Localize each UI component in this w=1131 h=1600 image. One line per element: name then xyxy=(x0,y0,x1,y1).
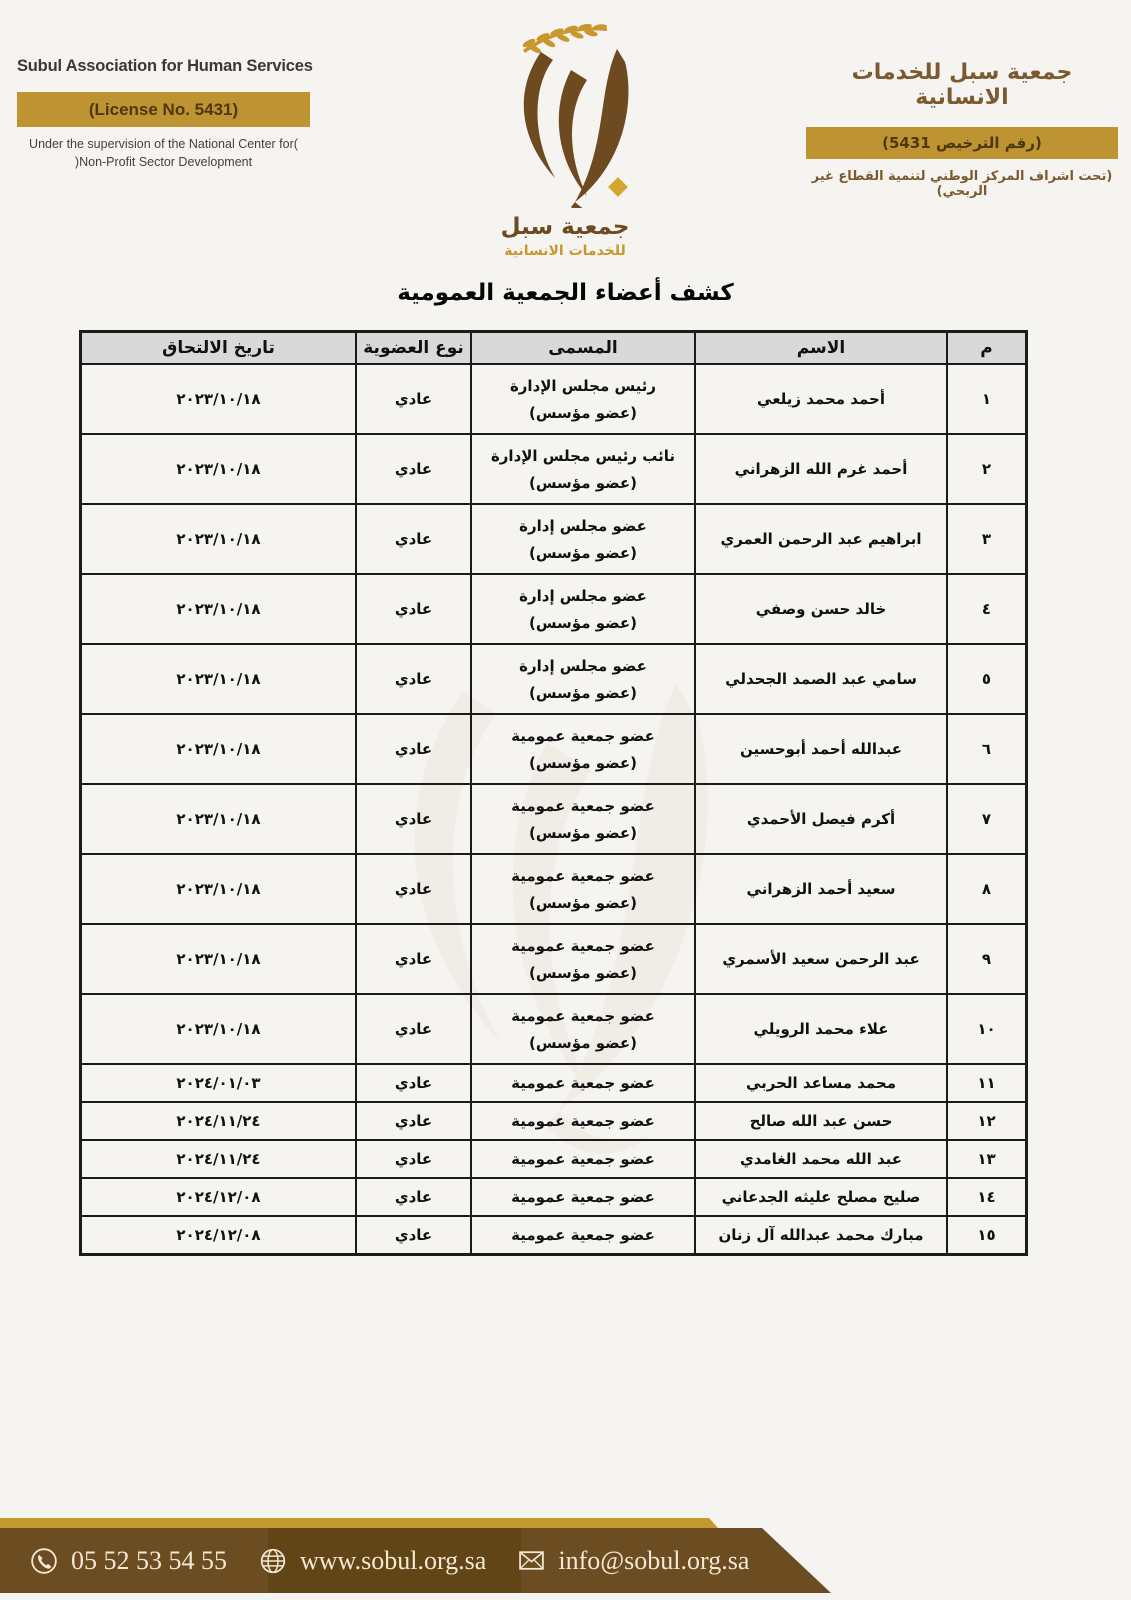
member-role-lines: عضو جمعية عمومية xyxy=(476,1188,690,1206)
member-join-date-value: ٢٠٢٣/١٠/١٨ xyxy=(176,390,260,408)
table-row: ٦عبدالله أحمد أبوحسينعضو جمعية عمومية(عض… xyxy=(81,714,1026,784)
phone-icon xyxy=(30,1547,58,1575)
member-role-line2: (عضو مؤسس) xyxy=(476,1034,690,1052)
member-name: حسن عبد الله صالح xyxy=(695,1102,947,1140)
member-index: ١٥ xyxy=(947,1216,1026,1254)
page-title: كشف أعضاء الجمعية العمومية xyxy=(0,280,1131,306)
member-join-date: ٢٠٢٤/١١/٢٤ xyxy=(81,1140,356,1178)
table-row: ١٤صليح مصلح عليثه الجدعانيعضو جمعية عموم… xyxy=(81,1178,1026,1216)
member-membership-type: عادي xyxy=(356,574,471,644)
header-arabic-block: جمعية سبل للخدمات الانسانية (رقم الترخيص… xyxy=(806,60,1118,199)
member-role-lines: عضو مجلس إدارة(عضو مؤسس) xyxy=(476,657,690,702)
table-row: ٥سامي عبد الصمد الجحدليعضو مجلس إدارة(عض… xyxy=(81,644,1026,714)
supervision-text-english: Under the supervision of the National Ce… xyxy=(17,136,310,171)
column-header-index: م xyxy=(947,332,1026,364)
member-role-lines: نائب رئيس مجلس الإدارة(عضو مؤسس) xyxy=(476,447,690,492)
column-header-membership-type: نوع العضوية xyxy=(356,332,471,364)
member-join-date: ٢٠٢٣/١٠/١٨ xyxy=(81,434,356,504)
member-role-line1: عضو جمعية عمومية xyxy=(476,1007,690,1025)
member-membership-type: عادي xyxy=(356,1216,471,1254)
table-row: ١٢حسن عبد الله صالحعضو جمعية عموميةعادي٢… xyxy=(81,1102,1026,1140)
member-role-line1: عضو مجلس إدارة xyxy=(476,657,690,675)
member-index: ٤ xyxy=(947,574,1026,644)
members-table-body: ١أحمد محمد زيلعيرئيس مجلس الإدارة(عضو مؤ… xyxy=(81,364,1026,1254)
supervision-line-2: )Non-Profit Sector Development xyxy=(17,154,310,172)
member-role-line1: عضو مجلس إدارة xyxy=(476,587,690,605)
member-join-date-value: ٢٠٢٤/٠١/٠٣ xyxy=(176,1074,260,1092)
member-name: عبد الله محمد الغامدي xyxy=(695,1140,947,1178)
member-join-date: ٢٠٢٣/١٠/١٨ xyxy=(81,714,356,784)
member-name: عبدالله أحمد أبوحسين xyxy=(695,714,947,784)
member-role: عضو جمعية عمومية(عضو مؤسس) xyxy=(471,714,695,784)
email-icon xyxy=(518,1547,545,1574)
wheat-icon xyxy=(522,23,608,55)
member-role-line2: (عضو مؤسس) xyxy=(476,754,690,772)
member-role: رئيس مجلس الإدارة(عضو مؤسس) xyxy=(471,364,695,434)
member-membership-type: عادي xyxy=(356,644,471,714)
member-index: ١٣ xyxy=(947,1140,1026,1178)
member-join-date: ٢٠٢٣/١٠/١٨ xyxy=(81,854,356,924)
member-role-line2: (عضو مؤسس) xyxy=(476,824,690,842)
member-role-lines: عضو جمعية عمومية(عضو مؤسس) xyxy=(476,867,690,912)
member-role-line2: (عضو مؤسس) xyxy=(476,544,690,562)
license-badge-arabic: (رقم الترخيص 5431) xyxy=(806,127,1118,159)
association-name-arabic: جمعية سبل للخدمات الانسانية xyxy=(806,60,1118,110)
logo-wordmark-line1: جمعية سبل xyxy=(465,214,665,240)
header-english-block: Subul Association for Human Services (Li… xyxy=(17,57,310,171)
member-role: عضو جمعية عمومية xyxy=(471,1102,695,1140)
member-role-line1: عضو جمعية عمومية xyxy=(476,1150,690,1168)
member-role-lines: عضو مجلس إدارة(عضو مؤسس) xyxy=(476,587,690,632)
member-join-date-value: ٢٠٢٣/١٠/١٨ xyxy=(176,530,260,548)
member-index: ٥ xyxy=(947,644,1026,714)
supervision-text-arabic: (تحت اشراف المركز الوطني لتنمية القطاع غ… xyxy=(806,169,1118,199)
member-index: ٨ xyxy=(947,854,1026,924)
member-join-date-value: ٢٠٢٣/١٠/١٨ xyxy=(176,460,260,478)
member-membership-type: عادي xyxy=(356,784,471,854)
member-role-lines: عضو جمعية عمومية xyxy=(476,1150,690,1168)
member-name: أكرم فيصل الأحمدي xyxy=(695,784,947,854)
member-role-lines: رئيس مجلس الإدارة(عضو مؤسس) xyxy=(476,377,690,422)
table-row: ١٥مبارك محمد عبدالله آل زنانعضو جمعية عم… xyxy=(81,1216,1026,1254)
member-role-lines: عضو مجلس إدارة(عضو مؤسس) xyxy=(476,517,690,562)
member-role-lines: عضو جمعية عمومية xyxy=(476,1074,690,1092)
member-role-line1: عضو جمعية عمومية xyxy=(476,797,690,815)
member-join-date-value: ٢٠٢٣/١٠/١٨ xyxy=(176,950,260,968)
member-index: ٢ xyxy=(947,434,1026,504)
member-join-date: ٢٠٢٣/١٠/١٨ xyxy=(81,644,356,714)
member-index: ١١ xyxy=(947,1064,1026,1102)
member-role-line2: (عضو مؤسس) xyxy=(476,894,690,912)
member-join-date-value: ٢٠٢٣/١٠/١٨ xyxy=(176,600,260,618)
members-table: م الاسم المسمى نوع العضوية تاريخ الالتحا… xyxy=(79,330,1028,1256)
member-join-date: ٢٠٢٤/١٢/٠٨ xyxy=(81,1216,356,1254)
member-name: صليح مصلح عليثه الجدعاني xyxy=(695,1178,947,1216)
member-membership-type: عادي xyxy=(356,1140,471,1178)
member-role-line1: عضو جمعية عمومية xyxy=(476,727,690,745)
table-row: ٢أحمد غرم الله الزهرانينائب رئيس مجلس ال… xyxy=(81,434,1026,504)
member-join-date-value: ٢٠٢٤/١١/٢٤ xyxy=(176,1112,260,1130)
member-membership-type: عادي xyxy=(356,714,471,784)
member-role: عضو مجلس إدارة(عضو مؤسس) xyxy=(471,504,695,574)
member-membership-type: عادي xyxy=(356,854,471,924)
member-role: عضو جمعية عمومية(عضو مؤسس) xyxy=(471,784,695,854)
member-role-lines: عضو جمعية عمومية xyxy=(476,1112,690,1130)
document-page: Subul Association for Human Services (Li… xyxy=(0,0,1131,1600)
table-row: ١٣عبد الله محمد الغامديعضو جمعية عموميةع… xyxy=(81,1140,1026,1178)
column-header-join-date: تاريخ الالتحاق xyxy=(81,332,356,364)
logo-mark-icon xyxy=(465,16,665,208)
member-role-line1: رئيس مجلس الإدارة xyxy=(476,377,690,395)
member-role-line1: عضو جمعية عمومية xyxy=(476,867,690,885)
logo-diamond xyxy=(608,177,628,197)
member-role: عضو جمعية عمومية xyxy=(471,1216,695,1254)
member-join-date: ٢٠٢٣/١٠/١٨ xyxy=(81,364,356,434)
member-role: عضو جمعية عمومية(عضو مؤسس) xyxy=(471,854,695,924)
table-row: ١١محمد مساعد الحربيعضو جمعية عموميةعادي٢… xyxy=(81,1064,1026,1102)
member-membership-type: عادي xyxy=(356,1102,471,1140)
member-join-date: ٢٠٢٤/١٢/٠٨ xyxy=(81,1178,356,1216)
member-index: ٣ xyxy=(947,504,1026,574)
member-index: ١٢ xyxy=(947,1102,1026,1140)
member-join-date: ٢٠٢٣/١٠/١٨ xyxy=(81,574,356,644)
table-row: ١أحمد محمد زيلعيرئيس مجلس الإدارة(عضو مؤ… xyxy=(81,364,1026,434)
table-header-row: م الاسم المسمى نوع العضوية تاريخ الالتحا… xyxy=(81,332,1026,364)
member-join-date-value: ٢٠٢٤/١١/٢٤ xyxy=(176,1150,260,1168)
member-join-date: ٢٠٢٣/١٠/١٨ xyxy=(81,924,356,994)
member-membership-type: عادي xyxy=(356,504,471,574)
member-role-line2: (عضو مؤسس) xyxy=(476,614,690,632)
member-join-date: ٢٠٢٣/١٠/١٨ xyxy=(81,784,356,854)
member-role-line1: عضو جمعية عمومية xyxy=(476,1188,690,1206)
association-name-english: Subul Association for Human Services xyxy=(17,57,310,76)
member-name: أحمد غرم الله الزهراني xyxy=(695,434,947,504)
table-row: ١٠علاء محمد الرويليعضو جمعية عمومية(عضو … xyxy=(81,994,1026,1064)
member-index: ٧ xyxy=(947,784,1026,854)
member-name: سامي عبد الصمد الجحدلي xyxy=(695,644,947,714)
member-role-line2: (عضو مؤسس) xyxy=(476,404,690,422)
member-role-line1: عضو جمعية عمومية xyxy=(476,937,690,955)
logo-wordmark-line2: للخدمات الانسانية xyxy=(465,243,665,259)
member-role: عضو جمعية عمومية xyxy=(471,1178,695,1216)
association-logo: جمعية سبل للخدمات الانسانية xyxy=(465,16,665,259)
member-join-date-value: ٢٠٢٣/١٠/١٨ xyxy=(176,740,260,758)
member-name: محمد مساعد الحربي xyxy=(695,1064,947,1102)
member-membership-type: عادي xyxy=(356,994,471,1064)
member-membership-type: عادي xyxy=(356,924,471,994)
footer-website: www.sobul.org.sa xyxy=(300,1546,486,1576)
member-membership-type: عادي xyxy=(356,364,471,434)
table-row: ٣ابراهيم عبد الرحمن العمريعضو مجلس إدارة… xyxy=(81,504,1026,574)
member-join-date-value: ٢٠٢٤/١٢/٠٨ xyxy=(176,1226,260,1244)
member-role-line2: (عضو مؤسس) xyxy=(476,474,690,492)
member-membership-type: عادي xyxy=(356,1064,471,1102)
member-role-line2: (عضو مؤسس) xyxy=(476,964,690,982)
footer-phone: 05 52 53 54 55 xyxy=(71,1546,227,1576)
footer-contact-bar: 05 52 53 54 55 www.sobul.org.sa info@sob… xyxy=(0,1528,831,1593)
member-name: عبد الرحمن سعيد الأسمري xyxy=(695,924,947,994)
member-name: سعيد أحمد الزهراني xyxy=(695,854,947,924)
member-role-line1: عضو مجلس إدارة xyxy=(476,517,690,535)
column-header-name: الاسم xyxy=(695,332,947,364)
member-join-date-value: ٢٠٢٤/١٢/٠٨ xyxy=(176,1188,260,1206)
member-role-lines: عضو جمعية عمومية(عضو مؤسس) xyxy=(476,727,690,772)
member-index: ٩ xyxy=(947,924,1026,994)
member-membership-type: عادي xyxy=(356,1178,471,1216)
table-row: ٤خالد حسن وصفيعضو مجلس إدارة(عضو مؤسس)عا… xyxy=(81,574,1026,644)
member-join-date: ٢٠٢٤/٠١/٠٣ xyxy=(81,1064,356,1102)
member-join-date-value: ٢٠٢٣/١٠/١٨ xyxy=(176,880,260,898)
member-join-date-value: ٢٠٢٣/١٠/١٨ xyxy=(176,810,260,828)
member-role-line1: عضو جمعية عمومية xyxy=(476,1112,690,1130)
member-role-lines: عضو جمعية عمومية(عضو مؤسس) xyxy=(476,797,690,842)
member-role-line1: عضو جمعية عمومية xyxy=(476,1226,690,1244)
member-index: ١٠ xyxy=(947,994,1026,1064)
member-index: ١ xyxy=(947,364,1026,434)
member-index: ١٤ xyxy=(947,1178,1026,1216)
member-join-date: ٢٠٢٤/١١/٢٤ xyxy=(81,1102,356,1140)
member-name: مبارك محمد عبدالله آل زنان xyxy=(695,1216,947,1254)
column-header-role: المسمى xyxy=(471,332,695,364)
globe-icon xyxy=(259,1547,287,1575)
member-role-line1: عضو جمعية عمومية xyxy=(476,1074,690,1092)
member-role-lines: عضو جمعية عمومية(عضو مؤسس) xyxy=(476,1007,690,1052)
license-badge-english: (License No. 5431) xyxy=(17,92,310,127)
member-join-date: ٢٠٢٣/١٠/١٨ xyxy=(81,994,356,1064)
table-row: ٧أكرم فيصل الأحمديعضو جمعية عمومية(عضو م… xyxy=(81,784,1026,854)
member-role-lines: عضو جمعية عمومية xyxy=(476,1226,690,1244)
member-index: ٦ xyxy=(947,714,1026,784)
member-role: عضو مجلس إدارة(عضو مؤسس) xyxy=(471,574,695,644)
member-role: نائب رئيس مجلس الإدارة(عضو مؤسس) xyxy=(471,434,695,504)
supervision-line-1: Under the supervision of the National Ce… xyxy=(17,136,310,154)
table-row: ٨سعيد أحمد الزهرانيعضو جمعية عمومية(عضو … xyxy=(81,854,1026,924)
footer-email: info@sobul.org.sa xyxy=(558,1546,749,1576)
member-name: ابراهيم عبد الرحمن العمري xyxy=(695,504,947,574)
member-join-date-value: ٢٠٢٣/١٠/١٨ xyxy=(176,1020,260,1038)
member-role-lines: عضو جمعية عمومية(عضو مؤسس) xyxy=(476,937,690,982)
member-role: عضو جمعية عمومية xyxy=(471,1140,695,1178)
member-role: عضو جمعية عمومية(عضو مؤسس) xyxy=(471,994,695,1064)
member-role: عضو جمعية عمومية(عضو مؤسس) xyxy=(471,924,695,994)
member-name: أحمد محمد زيلعي xyxy=(695,364,947,434)
member-role-line2: (عضو مؤسس) xyxy=(476,684,690,702)
table-row: ٩عبد الرحمن سعيد الأسمريعضو جمعية عمومية… xyxy=(81,924,1026,994)
member-name: علاء محمد الرويلي xyxy=(695,994,947,1064)
member-name: خالد حسن وصفي xyxy=(695,574,947,644)
member-role: عضو جمعية عمومية xyxy=(471,1064,695,1102)
footer-gold-stripe xyxy=(0,1518,718,1528)
member-role: عضو مجلس إدارة(عضو مؤسس) xyxy=(471,644,695,714)
member-join-date-value: ٢٠٢٣/١٠/١٨ xyxy=(176,670,260,688)
member-membership-type: عادي xyxy=(356,434,471,504)
member-join-date: ٢٠٢٣/١٠/١٨ xyxy=(81,504,356,574)
member-role-line1: نائب رئيس مجلس الإدارة xyxy=(476,447,690,465)
